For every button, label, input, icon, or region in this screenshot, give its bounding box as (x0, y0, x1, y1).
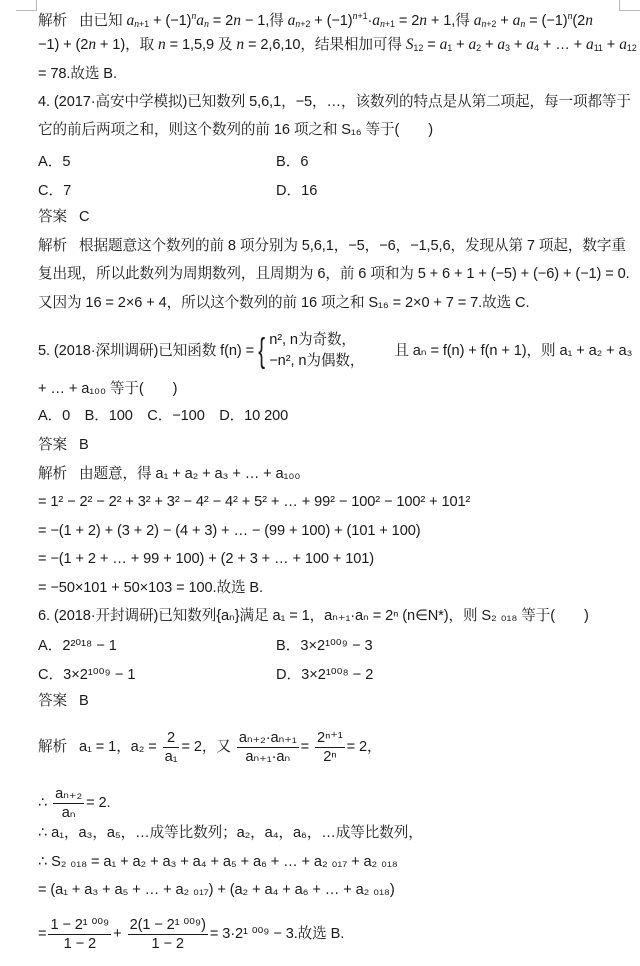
fraction: 2a₁ (163, 729, 180, 766)
q5-piecewise-cases: n², n为奇数， −n², n为偶数， (269, 330, 364, 372)
q5-answer: 答案B (38, 434, 626, 456)
q5-analysis-line-1: 解析由题意，得 a₁ + a₂ + a₃ + … + a₁₀₀ (38, 463, 626, 485)
answer-label: 答案 (38, 693, 67, 709)
prev-analysis-line-1: 解析由已知 an+1 + (−1)nan = 2n − 1,得 an+2 + (… (38, 5, 626, 36)
q6-analysis-line-1: 解析a₁ = 1，a₂ = 2a₁= 2，又 aₙ₊₂·aₙ₊₁aₙ₊₁·aₙ=… (38, 727, 626, 767)
fraction: 1 − 2¹ ⁰⁰⁹1 − 2 (48, 916, 111, 953)
q6-mid: = 2，又 (181, 739, 230, 755)
q6-stem: 6. (2018·开封调研)已知数列{aₙ}满足 a₁ = 1，aₙ₊₁·aₙ … (38, 605, 626, 627)
frac-num: 2(1 − 2¹ ⁰⁰⁹) (128, 916, 208, 935)
prev-analysis-text: 由已知 (79, 13, 122, 29)
q6-a1-a2: a₁ = 1，a₂ = (79, 739, 157, 755)
q5-analysis-text-1: 由题意，得 a₁ + a₂ + a₃ + … + a₁₀₀ (79, 466, 300, 482)
q6-answer: 答案B (38, 690, 626, 712)
frac-num: 2 (163, 729, 180, 748)
piecewise-brace-icon: { (258, 334, 265, 368)
q4-stem-line-1: 4. (2017·高安中学模拟)已知数列 5,6,1，−5，…，该数列的特点是从… (38, 91, 626, 113)
frac-den: 1 − 2 (48, 935, 111, 953)
answer-label: 答案 (38, 437, 67, 453)
q4-answer-value: C (79, 209, 89, 225)
frac-den: aₙ (53, 804, 84, 822)
fraction: aₙ₊₂·aₙ₊₁aₙ₊₁·aₙ (237, 729, 299, 766)
q6-final-result: = 3·2¹ ⁰⁰⁹ − 3.故选 B. (210, 926, 344, 942)
q4-analysis-line-3: 又因为 16 = 2×6 + 4，所以这个数列的前 16 项之和 S₁₆ = 2… (38, 292, 626, 314)
analysis-label: 解析 (38, 739, 67, 755)
frac-den: 1 − 2 (128, 935, 208, 953)
q6-end: = 2， (347, 739, 382, 755)
q5-analysis-line-5: = −50×101 + 50×103 = 100.故选 B. (38, 577, 626, 599)
q4-analysis-line-1: 解析根据题意这个数列的前 8 项分别为 5,6,1，−5，−6，−1,5,6，发… (38, 235, 626, 257)
fraction: 2(1 − 2¹ ⁰⁰⁹)1 − 2 (128, 916, 208, 953)
q5-stem-line-1: 5. (2018·深圳调研)已知函数 f(n) = { n², n为奇数， −n… (38, 330, 626, 372)
fraction: aₙ₊₂aₙ (53, 785, 84, 822)
answer-label: 答案 (38, 209, 67, 225)
q6-analysis-line-6: =1 − 2¹ ⁰⁰⁹1 − 2+ 2(1 − 2¹ ⁰⁰⁹)1 − 2= 3·… (38, 914, 626, 954)
q5-analysis-line-4: = −(1 + 2 + … + 99 + 100) + (2 + 3 + … +… (38, 548, 626, 570)
q6-analysis-line-3: ∴ a₁，a₃，a₅，…成等比数列；a₂，a₄，a₆，…成等比数列， (38, 822, 626, 844)
frac-num: 2ⁿ⁺¹ (315, 729, 345, 748)
frac-num: aₙ₊₂·aₙ₊₁ (237, 729, 299, 748)
q5-answer-value: B (79, 437, 89, 453)
prev-analysis-line-3: = 78.故选 B. (38, 63, 626, 85)
analysis-label: 解析 (38, 13, 67, 29)
q6-option-d: D．3×2¹⁰⁰⁸ − 2 (276, 663, 373, 684)
frac-num: aₙ₊₂ (53, 785, 84, 804)
q4-stem-line-2: 它的前后两项之和，则这个数列的前 16 项之和 S₁₆ 等于( ) (38, 119, 626, 141)
q4-option-c: C．7 (38, 179, 71, 200)
q4-option-d: D．16 (276, 179, 317, 200)
q5-stem-line-2: + … + a₁₀₀ 等于( ) (38, 378, 626, 400)
frac-den: aₙ₊₁·aₙ (237, 748, 299, 766)
q4-option-b: B．6 (276, 150, 308, 171)
frac-num: 1 − 2¹ ⁰⁰⁹ (48, 916, 111, 935)
q6-ratio-result: = 2. (86, 795, 110, 811)
q6-analysis-line-2: ∴ aₙ₊₂aₙ= 2. (38, 783, 626, 823)
q4-answer: 答案C (38, 206, 626, 228)
q6-option-b: B．3×2¹⁰⁰⁹ − 3 (276, 634, 373, 655)
q5-analysis-line-3: = −(1 + 2) + (3 + 2) − (4 + 3) + … − (99… (38, 520, 626, 542)
q6-option-a: A．2²⁰¹⁸ − 1 (38, 634, 117, 655)
q6-answer-value: B (79, 693, 89, 709)
frac-den: a₁ (163, 748, 180, 766)
q5-analysis-line-2: = 1² − 2² − 2² + 3² + 3² − 4² − 4² + 5² … (38, 491, 626, 513)
q6-analysis-line-5: = (a₁ + a₃ + a₅ + … + a₂ ₀₁₇) + (a₂ + a₄… (38, 879, 626, 901)
q5-options: A．0 B．100 C．−100 D．10 200 (38, 405, 626, 427)
q5-stem-suffix: 且 aₙ = f(n) + f(n + 1)，则 a₁ + a₂ + a₃ (394, 343, 632, 359)
therefore-symbol: ∴ (38, 795, 47, 811)
q6-analysis-line-4: ∴ S₂ ₀₁₈ = a₁ + a₂ + a₃ + a₄ + a₅ + a₆ +… (38, 851, 626, 873)
q5-case-odd: n², n为奇数， (269, 330, 364, 351)
document-page: 解析由已知 an+1 + (−1)nan = 2n − 1,得 an+2 + (… (0, 0, 640, 966)
q6-option-c: C．3×2¹⁰⁰⁹ − 1 (38, 663, 135, 684)
q4-option-a: A．5 (38, 150, 70, 171)
prev-analysis-line-2: −1) + (2n + 1)，取 n = 1,5,9 及 n = 2,6,10，… (38, 34, 626, 59)
analysis-label: 解析 (38, 466, 67, 482)
analysis-label: 解析 (38, 238, 67, 254)
fraction: 2ⁿ⁺¹2ⁿ (315, 729, 345, 766)
q5-case-even: −n², n为偶数， (269, 351, 364, 372)
q5-stem-prefix: 5. (2018·深圳调研)已知函数 f(n) = (38, 343, 254, 359)
page-corner-mark-left (16, 0, 37, 11)
frac-den: 2ⁿ (315, 748, 345, 766)
q4-analysis-text-1: 根据题意这个数列的前 8 项分别为 5,6,1，−5，−6，−1,5,6，发现从… (79, 238, 626, 254)
q4-analysis-line-2: 复出现，所以此数列为周期数列，且周期为 6，前 6 项和为 5 + 6 + 1 … (38, 263, 626, 285)
